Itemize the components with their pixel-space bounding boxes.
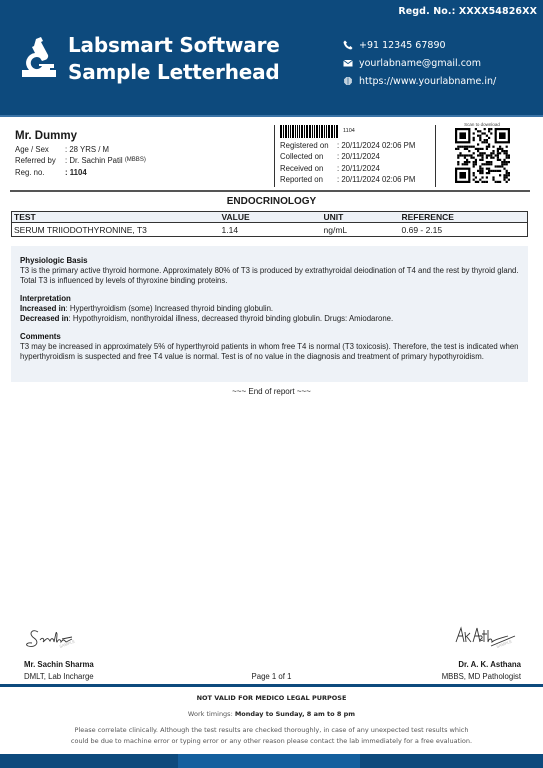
barcode (280, 125, 339, 138)
clinical-note: Please correlate clinically. Although th… (0, 725, 543, 747)
referred-by-label: Referred by (15, 155, 65, 166)
microscope-icon (22, 37, 56, 77)
phone-text[interactable]: +91 12345 67890 (359, 40, 446, 51)
results-table: TEST VALUE UNIT REFERENCE SERUM TRIIODOT… (11, 211, 528, 237)
received-row: Received on : 20/11/2024 (280, 163, 440, 174)
email-text[interactable]: yourlabname@gmail.com (359, 58, 481, 69)
footer-bar-accent (178, 754, 360, 768)
reported-row: Reported on : 20/11/2024 02:06 PM (280, 174, 440, 185)
divider (435, 125, 436, 187)
department-title: ENDOCRINOLOGY (0, 196, 543, 207)
decreased-text: : Hypothyroidism, nonthyroidal illness, … (69, 314, 394, 323)
registered-value: : 20/11/2024 02:06 PM (337, 140, 415, 151)
svg-text:SAMPLE: SAMPLE (59, 639, 76, 649)
signatory-right-name: Dr. A. K. Asthana (361, 660, 521, 669)
clinical-note-line-1: Please correlate clinically. Although th… (0, 725, 543, 736)
signatory-right-title: MBBS, MD Pathologist (361, 672, 521, 681)
interpretation-notes: Physiologic Basis T3 is the primary acti… (11, 246, 528, 382)
increased-row: Increased in: Hyperthyroidism (some) Inc… (20, 304, 519, 314)
decreased-label: Decreased in (20, 314, 69, 323)
decreased-row: Decreased in: Hypothyroidism, nonthyroid… (20, 314, 519, 324)
patient-details: Mr. Dummy Age / Sex : 28 YRS / M Referre… (15, 130, 270, 178)
signature-block-right: SAMPLE Dr. A. K. Asthana MBBS, MD Pathol… (361, 622, 521, 681)
registration-number: Regd. No.: XXXX54826XX (398, 6, 537, 17)
reg-no-label: Reg. no. (15, 167, 65, 178)
column-header-test: TEST (12, 212, 220, 223)
registered-row: Registered on : 20/11/2024 02:06 PM (280, 140, 440, 151)
svg-text:SAMPLE: SAMPLE (496, 639, 513, 649)
end-of-report: ~~~ End of report ~~~ (0, 387, 543, 396)
test-value: 1.14 (220, 223, 322, 237)
letterhead-header: Regd. No.: XXXX54826XX Labsmart Software… (0, 0, 543, 117)
test-name: SERUM TRIIODOTHYRONINE, T3 (12, 223, 220, 237)
patient-info-box: Mr. Dummy Age / Sex : 28 YRS / M Referre… (10, 120, 530, 192)
mail-icon (342, 58, 354, 68)
clinical-note-line-2: could be due to machine error or typing … (0, 736, 543, 747)
signature-image: SAMPLE (24, 622, 94, 654)
work-timings-label: Work timings: (188, 710, 235, 718)
qr-code-icon[interactable] (455, 128, 510, 183)
comments-title: Comments (20, 332, 519, 342)
age-sex-label: Age / Sex (15, 144, 65, 155)
comments-text: T3 may be increased in approximately 5% … (20, 342, 519, 362)
referred-by-qualification: (MBBS) (125, 155, 146, 166)
column-header-unit: UNIT (322, 212, 400, 223)
brand-line-2: Sample Letterhead (68, 59, 280, 86)
collected-row: Collected on : 20/11/2024 (280, 151, 440, 162)
signature-image: SAMPLE (451, 622, 521, 654)
reported-label: Reported on (280, 174, 337, 185)
contact-phone: +91 12345 67890 (342, 36, 496, 54)
sample-details: 1104 Registered on : 20/11/2024 02:06 PM… (280, 124, 440, 185)
referred-by-value: : Dr. Sachin Patil (65, 155, 123, 166)
brand-name: Labsmart Software Sample Letterhead (68, 32, 280, 86)
age-sex-value: : 28 YRS / M (65, 144, 109, 155)
footer-divider (0, 684, 543, 687)
interpretation-title: Interpretation (20, 294, 519, 304)
contact-email: yourlabname@gmail.com (342, 54, 496, 72)
test-reference: 0.69 - 2.15 (400, 223, 528, 237)
table-header-row: TEST VALUE UNIT REFERENCE (12, 212, 528, 223)
basis-title: Physiologic Basis (20, 256, 519, 266)
footer-bar (0, 754, 543, 768)
signatory-left-name: Mr. Sachin Sharma (24, 660, 184, 669)
legal-disclaimer: NOT VALID FOR MEDICO LEGAL PURPOSE (0, 694, 543, 702)
phone-icon (342, 40, 354, 50)
qr-caption: Scan to download (453, 122, 511, 127)
qr-block: Scan to download (453, 122, 511, 183)
table-row: SERUM TRIIODOTHYRONINE, T3 1.14 ng/mL 0.… (12, 223, 528, 237)
reg-no-value: : 1104 (65, 167, 87, 178)
age-sex-row: Age / Sex : 28 YRS / M (15, 144, 270, 155)
patient-name: Mr. Dummy (15, 130, 270, 142)
barcode-row: 1104 (280, 124, 440, 138)
increased-label: Increased in (20, 304, 66, 313)
reg-no-row: Reg. no. : 1104 (15, 167, 270, 178)
collected-value: : 20/11/2024 (337, 151, 380, 162)
divider (274, 125, 275, 187)
registered-label: Registered on (280, 140, 337, 151)
increased-text: : Hyperthyroidism (some) Increased thyro… (66, 304, 274, 313)
referred-by-row: Referred by : Dr. Sachin Patil (MBBS) (15, 155, 270, 166)
work-timings-value: Monday to Sunday, 8 am to 8 pm (235, 710, 355, 718)
column-header-reference: REFERENCE (400, 212, 528, 223)
globe-icon (342, 76, 354, 86)
basis-text: T3 is the primary active thyroid hormone… (20, 266, 519, 286)
reported-value: : 20/11/2024 02:06 PM (337, 174, 415, 185)
received-label: Received on (280, 163, 337, 174)
contact-list: +91 12345 67890 yourlabname@gmail.com ht… (342, 36, 496, 90)
work-timings: Work timings: Monday to Sunday, 8 am to … (0, 710, 543, 718)
website-text[interactable]: https://www.yourlabname.in/ (359, 76, 496, 87)
letterhead-footer: NOT VALID FOR MEDICO LEGAL PURPOSE Work … (0, 689, 543, 747)
brand-line-1: Labsmart Software (68, 32, 280, 59)
collected-label: Collected on (280, 151, 337, 162)
received-value: : 20/11/2024 (337, 163, 380, 174)
barcode-number: 1104 (343, 128, 355, 134)
test-unit: ng/mL (322, 223, 400, 237)
contact-website: https://www.yourlabname.in/ (342, 72, 496, 90)
column-header-value: VALUE (220, 212, 322, 223)
